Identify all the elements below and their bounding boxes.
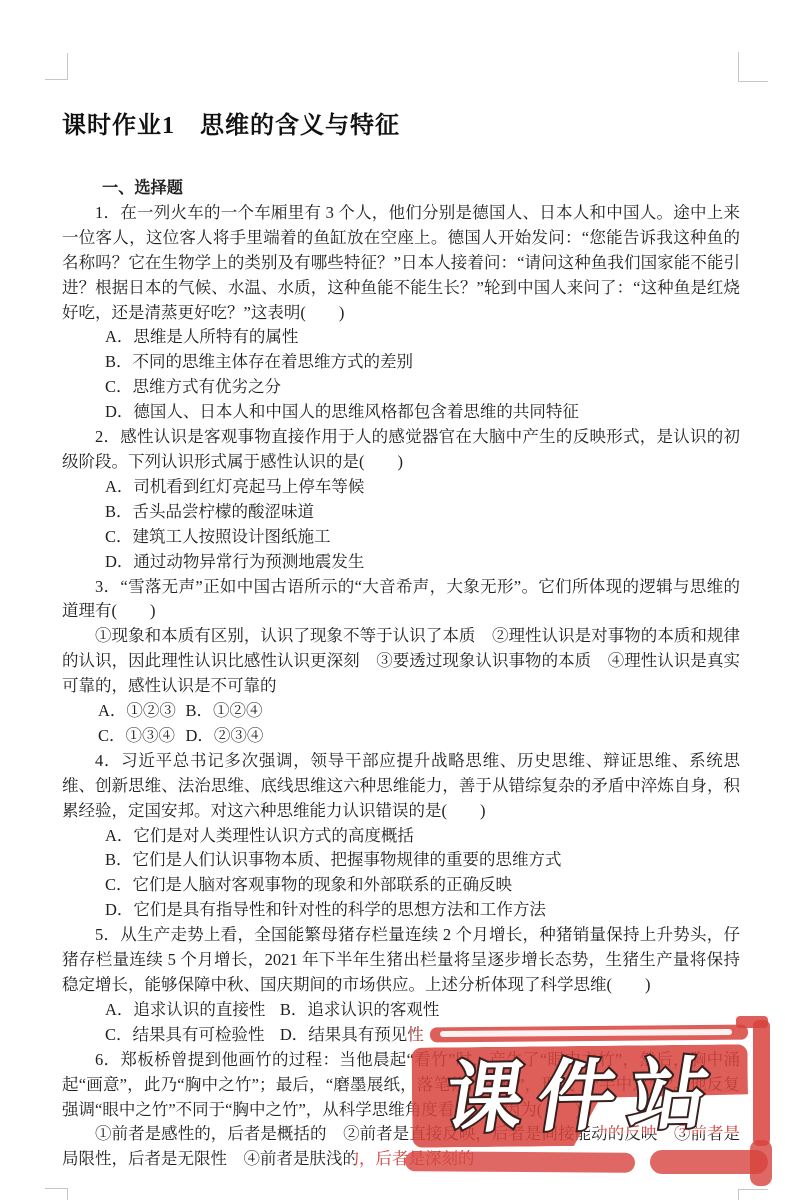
question-5-option-a: A．追求认识的直接性 [105, 998, 280, 1023]
question-3-items: ①现象和本质有区别，认识了现象不等于认识了本质 ②理性认识是对事物的本质和规律的… [62, 624, 740, 699]
watermark-ink-tint-right-edge [748, 1040, 800, 1096]
question-2-option-c: C．建筑工人按照设计图纸施工 [62, 525, 740, 550]
question-3-options-ab: A．①②③B．①②④ [62, 699, 740, 724]
question-3-option-a: A．①②③ [98, 699, 185, 724]
page-title: 课时作业1 思维的含义与特征 [62, 110, 740, 142]
question-5-options-ab: A．追求认识的直接性B．追求认识的客观性 [62, 998, 740, 1023]
question-4-option-a: A．它们是对人类理性认识方式的高度概括 [62, 824, 740, 849]
question-3-option-b: B．①②④ [185, 701, 262, 720]
watermark-stamp-border-hook [736, 1016, 768, 1028]
question-1-option-b: B．不同的思维主体存在着思维方式的差别 [62, 350, 740, 375]
question-1-option-a: A．思维是人所特有的属性 [62, 325, 740, 350]
question-5-option-d: D．结果具有预见性 [280, 1025, 424, 1044]
question-4-option-d: D．它们是具有指导性和针对性的科学的思想方法和工作方法 [62, 898, 740, 923]
question-5-option-b: B．追求认识的客观性 [280, 1000, 440, 1019]
watermark-ink-drip [750, 1140, 772, 1186]
question-5-option-c: C．结果具有可检验性 [105, 1023, 280, 1048]
question-2-option-b: B．舌头品尝柠檬的酸涩味道 [62, 500, 740, 525]
question-2-option-d: D．通过动物异常行为预测地震发生 [62, 550, 740, 575]
document-content: 课时作业1 思维的含义与特征 一、选择题 1．在一列火车的一个车厢里有 3 个人… [62, 110, 740, 1172]
crop-mark-bottom-left-vertical [67, 1188, 68, 1200]
question-3-options-cd: C．①③④D．②③④ [62, 724, 740, 749]
question-4-stem: 4．习近平总书记多次强调，领导干部应提升战略思维、历史思维、辩证思维、系统思维、… [62, 749, 740, 824]
question-3-option-d: D．②③④ [185, 726, 263, 745]
question-3-stem: 3．“雪落无声”正如中国古语所示的“大音希声，大象无形”。它们所体现的逻辑与思维… [62, 575, 740, 625]
question-4-option-b: B．它们是人们认识事物本质、把握事物规律的重要的思维方式 [62, 848, 740, 873]
crop-mark-bottom-right-vertical [738, 1189, 739, 1200]
question-1-stem: 1．在一列火车的一个车厢里有 3 个人，他们分别是德国人、日本人和中国人。途中上… [62, 201, 740, 326]
section-heading: 一、选择题 [102, 176, 740, 201]
question-2-stem: 2．感性认识是客观事物直接作用于人的感觉器官在大脑中产生的反映形式，是认识的初级… [62, 425, 740, 475]
question-5-stem: 5．从生产走势上看，全国能繁母猪存栏量连续 2 个月增长，种猪销量保持上升势头，… [62, 923, 740, 998]
question-6-items: ①前者是感性的，后者是概括的 ②前者是直接反映，后者是间接能动的反映 ③前者是局… [62, 1122, 740, 1172]
crop-mark-top-right-vertical [738, 52, 739, 82]
question-1-option-c: C．思维方式有优劣之分 [62, 375, 740, 400]
question-6-stem: 6．郑板桥曾提到他画竹的过程：当他晨起“看竹”时，产生了“眼中之竹”，然后，胸中… [62, 1048, 740, 1123]
crop-mark-top-left-horizontal [45, 79, 68, 80]
question-1-option-d: D．德国人、日本人和中国人的思维风格都包含着思维的共同特征 [62, 400, 740, 425]
watermark-stamp-right-border [753, 1020, 770, 1146]
question-2-option-a: A．司机看到红灯亮起马上停车等候 [62, 475, 740, 500]
crop-mark-bottom-right-horizontal [738, 1189, 768, 1190]
crop-mark-top-left-vertical [67, 53, 68, 80]
crop-mark-bottom-left-horizontal [45, 1188, 68, 1189]
crop-mark-top-right-horizontal [738, 81, 768, 82]
question-4-option-c: C．它们是人脑对客观事物的现象和外部联系的正确反映 [62, 873, 740, 898]
worksheet-page: 课时作业1 思维的含义与特征 一、选择题 1．在一列火车的一个车厢里有 3 个人… [0, 0, 800, 1200]
question-5-options-cd: C．结果具有可检验性D．结果具有预见性 [62, 1023, 740, 1048]
question-3-option-c: C．①③④ [98, 724, 185, 749]
